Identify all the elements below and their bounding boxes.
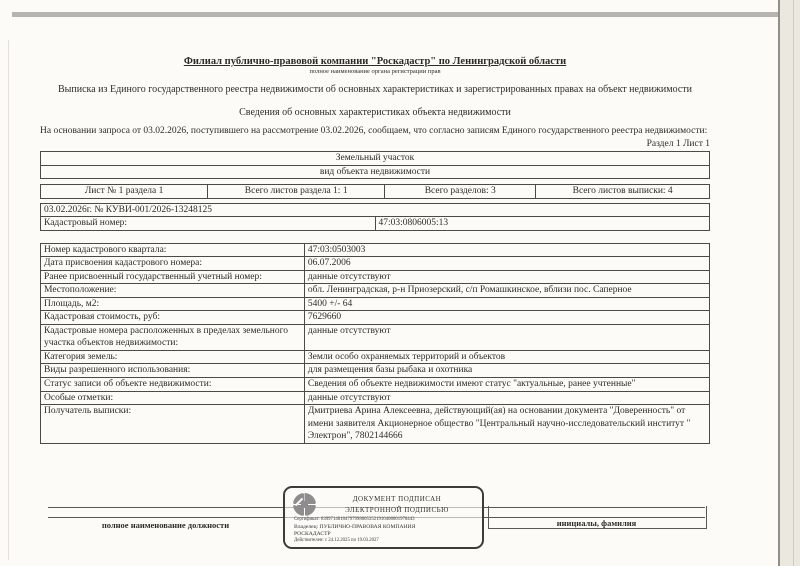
detail-value: обл. Ленинградская, р-н Приозерский, с/п… (304, 284, 709, 298)
detail-label: Особые отметки: (41, 391, 305, 405)
table-row: 03.02.2026г. № КУВИ-001/2026-13248125 (41, 203, 710, 217)
org-title-caption: полное наименование органа регистрации п… (40, 68, 710, 75)
table-row: Номер кадастрового квартала: 47:03:05030… (41, 243, 710, 257)
sheet-cell: Лист № 1 раздела 1 (41, 185, 208, 199)
detail-label: Ранее присвоенный государственный учетны… (41, 270, 305, 284)
table-row: Статус записи об объекте недвижимости: С… (41, 377, 710, 391)
stamp-title-line2: ЭЛЕКТРОННОЙ ПОДПИСЬЮ (321, 506, 473, 514)
table-row: Площадь, м2: 5400 +/- 64 (41, 297, 710, 311)
electronic-signature-stamp: ДОКУМЕНТ ПОДПИСАН ЭЛЕКТРОННОЙ ПОДПИСЬЮ С… (283, 486, 484, 549)
table-row: Получатель выписки: Дмитриева Арина Алек… (41, 405, 710, 444)
detail-value: данные отсутствуют (304, 324, 709, 350)
scanned-page: Филиал публично-правовой компании "Роска… (0, 0, 800, 566)
object-type-caption: вид объекта недвижимости (41, 165, 710, 179)
section-title: Сведения об основных характеристиках объ… (40, 107, 710, 118)
sheet-cell: Всего листов выписки: 4 (536, 185, 710, 199)
stamp-owner-line1: Владелец: ПУБЛИЧНО-ПРАВОВАЯ КОМПАНИЯ (294, 524, 476, 530)
detail-value: данные отсутствуют (304, 270, 709, 284)
left-signature-caption: полное наименование должности (48, 520, 283, 530)
sheet-cell: Всего разделов: 3 (385, 185, 536, 199)
basis-line: На основании запроса от 03.02.2026, пост… (40, 126, 710, 136)
detail-label: Статус записи об объекте недвижимости: (41, 377, 305, 391)
object-type-table: Земельный участок вид объекта недвижимос… (40, 151, 710, 179)
detail-value: 5400 +/- 64 (304, 297, 709, 311)
detail-label: Виды разрешенного использования: (41, 364, 305, 378)
table-row: Кадастровая стоимость, руб: 7629660 (41, 311, 710, 325)
table-row: Кадастровый номер: 47:03:0806005:13 (41, 217, 710, 231)
cadastral-number-value: 47:03:0806005:13 (375, 217, 710, 231)
scan-artifact-right-band (780, 0, 800, 566)
table-row: Ранее присвоенный государственный учетны… (41, 270, 710, 284)
request-table: 03.02.2026г. № КУВИ-001/2026-13248125 Ка… (40, 203, 710, 231)
scan-artifact-top-strip (12, 12, 798, 17)
detail-label: Дата присвоения кадастрового номера: (41, 257, 305, 271)
detail-label: Площадь, м2: (41, 297, 305, 311)
table-row: Земельный участок (41, 152, 710, 166)
sheet-cell: Всего листов раздела 1: 1 (208, 185, 385, 199)
detail-value: 7629660 (304, 311, 709, 325)
stamp-owner-line2: РОСКАДАСТР (294, 531, 476, 537)
detail-label: Номер кадастрового квартала: (41, 243, 305, 257)
document-content: Филиал публично-правовой компании "Роска… (40, 50, 710, 444)
detail-value: Дмитриева Арина Алексеевна, действующий(… (304, 405, 709, 444)
stamp-certificate: Сертификат: 8399714818479799800535219104… (294, 517, 476, 522)
stamp-validity: Действителен: с 24.12.2025 по 19.03.2027 (294, 538, 476, 543)
table-row: Категория земель: Земли особо охраняемых… (41, 350, 710, 364)
table-row: Кадастровые номера расположенных в преде… (41, 324, 710, 350)
detail-value: для размещения базы рыбака и охотника (304, 364, 709, 378)
table-row: Местоположение: обл. Ленинградская, р-н … (41, 284, 710, 298)
detail-label: Категория земель: (41, 350, 305, 364)
cadastral-number-label: Кадастровый номер: (41, 217, 376, 231)
scan-artifact-right-edge (778, 0, 780, 566)
detail-value: данные отсутствуют (304, 391, 709, 405)
roskadastr-logo-icon (293, 493, 316, 516)
stamp-title-line1: ДОКУМЕНТ ПОДПИСАН (321, 495, 473, 503)
detail-value: Земли особо охраняемых территорий и объе… (304, 350, 709, 364)
table-row: вид объекта недвижимости (41, 165, 710, 179)
detail-value: Сведения об объекте недвижимости имеют с… (304, 377, 709, 391)
detail-label: Кадастровая стоимость, руб: (41, 311, 305, 325)
sheet-info-table: Лист № 1 раздела 1 Всего листов раздела … (40, 184, 710, 199)
table-row: Особые отметки: данные отсутствуют (41, 391, 710, 405)
section-page-label: Раздел 1 Лист 1 (40, 139, 710, 149)
request-number: 03.02.2026г. № КУВИ-001/2026-13248125 (41, 203, 710, 217)
details-table: Номер кадастрового квартала: 47:03:05030… (40, 243, 710, 444)
org-title: Филиал публично-правовой компании "Роска… (40, 56, 710, 67)
scan-artifact-right-line (793, 0, 794, 566)
document-title: Выписка из Единого государственного реес… (40, 84, 710, 95)
sheet-info-row: Лист № 1 раздела 1 Всего листов раздела … (41, 185, 710, 199)
detail-value: 06.07.2006 (304, 257, 709, 271)
detail-value: 47:03:0503003 (304, 243, 709, 257)
table-row: Виды разрешенного использования: для раз… (41, 364, 710, 378)
table-row: Дата присвоения кадастрового номера: 06.… (41, 257, 710, 271)
detail-label: Кадастровые номера расположенных в преде… (41, 324, 305, 350)
right-signature-caption: инициалы, фамилия (488, 518, 705, 528)
detail-label: Получатель выписки: (41, 405, 305, 444)
detail-label: Местоположение: (41, 284, 305, 298)
scan-artifact-left-edge (8, 40, 9, 560)
object-type: Земельный участок (41, 152, 710, 166)
